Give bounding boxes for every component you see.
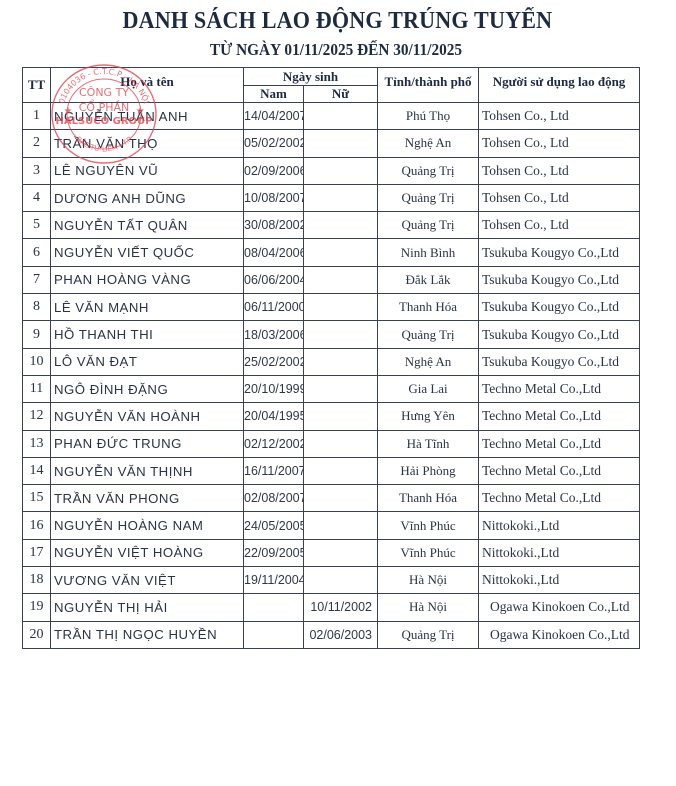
province-cell: Nghệ An [378,130,479,157]
province-cell: Gia Lai [378,375,479,402]
province-cell: Quảng Trị [378,212,479,239]
header-name: Họ và tên [51,68,244,103]
document-date-range: TỪ NGÀY 01/11/2025 ĐẾN 30/11/2025 [32,40,640,60]
province-cell: Đắk Lắk [378,266,479,293]
dob-male-cell: 06/06/2004 [244,266,304,293]
employer-cell: Techno Metal Co.,Ltd [479,457,640,484]
table-row: 5NGUYỄN TẤT QUÂN30/08/2002Quảng TrịTohse… [23,212,640,239]
dob-male-cell: 02/12/2002 [244,430,304,457]
worker-name-cell: LÊ VĂN MẠNH [51,294,244,321]
row-number-cell: 20 [23,621,51,648]
dob-female-cell [304,294,378,321]
dob-female-cell: 02/06/2003 [304,621,378,648]
dob-female-cell [304,403,378,430]
header-dob-male: Nam [244,86,304,103]
province-cell: Hải Phòng [378,457,479,484]
row-number-cell: 10 [23,348,51,375]
table-row: 11NGÔ ĐÌNH ĐẶNG20/10/1999Gia LaiTechno M… [23,375,640,402]
province-cell: Quảng Trị [378,621,479,648]
dob-male-cell: 24/05/2005 [244,512,304,539]
province-cell: Hà Nội [378,567,479,594]
worker-name-cell: HỒ THANH THI [51,321,244,348]
employer-cell: Nittokoki.,Ltd [479,567,640,594]
row-number-cell: 14 [23,457,51,484]
table-row: 20TRẦN THỊ NGỌC HUYỀN02/06/2003Quảng Trị… [23,621,640,648]
dob-female-cell [304,567,378,594]
dob-male-cell [244,594,304,621]
dob-female-cell [304,157,378,184]
row-number-cell: 6 [23,239,51,266]
worker-name-cell: TRẦN THỊ NGỌC HUYỀN [51,621,244,648]
worker-name-cell: TRẦN VĂN PHONG [51,485,244,512]
table-row: 15TRẦN VĂN PHONG02/08/2007Thanh HóaTechn… [23,485,640,512]
employer-cell: Techno Metal Co.,Ltd [479,485,640,512]
worker-name-cell: NGUYỄN VIỆT HOÀNG [51,539,244,566]
employer-cell: Tohsen Co., Ltd [479,103,640,130]
worker-name-cell: NGUYỄN VIẾT QUỐC [51,239,244,266]
dob-female-cell [304,348,378,375]
dob-male-cell: 30/08/2002 [244,212,304,239]
employer-cell: Ogawa Kinokoen Co.,Ltd [479,594,640,621]
dob-female-cell [304,103,378,130]
worker-name-cell: NGÔ ĐÌNH ĐẶNG [51,375,244,402]
header-province-label: Tỉnh/thành phố [384,74,471,89]
province-cell: Quảng Trị [378,157,479,184]
dob-male-cell: 05/02/2002 [244,130,304,157]
dob-male-cell: 14/04/2007 [244,103,304,130]
dob-female-cell [304,212,378,239]
dob-male-cell [244,621,304,648]
dob-male-cell: 19/11/2004 [244,567,304,594]
dob-male-cell: 08/04/2006 [244,239,304,266]
employer-cell: Nittokoki.,Ltd [479,539,640,566]
dob-female-cell [304,321,378,348]
row-number-cell: 5 [23,212,51,239]
row-number-cell: 7 [23,266,51,293]
row-number-cell: 8 [23,294,51,321]
table-row: 9HỒ THANH THI18/03/2006Quảng TrịTsukuba … [23,321,640,348]
row-number-cell: 12 [23,403,51,430]
province-cell: Vĩnh Phúc [378,539,479,566]
worker-name-cell: NGUYỄN HOÀNG NAM [51,512,244,539]
dob-female-cell: 10/11/2002 [304,594,378,621]
province-cell: Ninh Bình [378,239,479,266]
employer-cell: Tsukuba Kougyo Co.,Ltd [479,348,640,375]
worker-name-cell: NGUYỄN TUẤN ANH [51,103,244,130]
dob-male-cell: 16/11/2007 [244,457,304,484]
dob-female-cell [304,512,378,539]
employer-cell: Ogawa Kinokoen Co.,Ltd [479,621,640,648]
row-number-cell: 2 [23,130,51,157]
table-row: 8LÊ VĂN MẠNH06/11/2000Thanh HóaTsukuba K… [23,294,640,321]
row-number-cell: 1 [23,103,51,130]
employer-cell: Tsukuba Kougyo Co.,Ltd [479,294,640,321]
recruited-workers-table: TT Họ và tên Ngày sinh Tỉnh/thành phố Ng… [22,67,640,649]
row-number-cell: 17 [23,539,51,566]
worker-name-cell: NGUYỄN VĂN THỊNH [51,457,244,484]
table-row: 6NGUYỄN VIẾT QUỐC08/04/2006Ninh BìnhTsuk… [23,239,640,266]
table-row: 13PHAN ĐỨC TRUNG02/12/2002Hà TĩnhTechno … [23,430,640,457]
province-cell: Thanh Hóa [378,294,479,321]
worker-name-cell: NGUYỄN THỊ HẢI [51,594,244,621]
row-number-cell: 16 [23,512,51,539]
employer-cell: Tsukuba Kougyo Co.,Ltd [479,321,640,348]
province-cell: Thanh Hóa [378,485,479,512]
dob-female-cell [304,130,378,157]
employer-cell: Techno Metal Co.,Ltd [479,403,640,430]
header-employer-label: Người sử dụng lao động [493,74,626,89]
worker-name-cell: PHAN HOÀNG VÀNG [51,266,244,293]
header-dob-female: Nữ [304,86,378,103]
employer-cell: Tohsen Co., Ltd [479,130,640,157]
province-cell: Quảng Trị [378,184,479,211]
dob-female-cell [304,266,378,293]
table-row: 1NGUYỄN TUẤN ANH14/04/2007Phú ThọTohsen … [23,103,640,130]
worker-name-cell: NGUYỄN TẤT QUÂN [51,212,244,239]
row-number-cell: 15 [23,485,51,512]
employer-cell: Tohsen Co., Ltd [479,212,640,239]
dob-male-cell: 18/03/2006 [244,321,304,348]
document-title: DANH SÁCH LAO ĐỘNG TRÚNG TUYỂN [26,8,648,35]
worker-name-cell: LÊ NGUYÊN VŨ [51,157,244,184]
province-cell: Vĩnh Phúc [378,512,479,539]
dob-male-cell: 10/08/2007 [244,184,304,211]
header-name-label: Họ và tên [120,74,173,89]
header-province: Tỉnh/thành phố [378,68,479,103]
worker-name-cell: VƯƠNG VĂN VIỆT [51,567,244,594]
employer-cell: Techno Metal Co.,Ltd [479,430,640,457]
dob-female-cell [304,375,378,402]
table-row: 3LÊ NGUYÊN VŨ02/09/2006Quảng TrịTohsen C… [23,157,640,184]
header-employer: Người sử dụng lao động [479,68,640,103]
table-row: 10LÔ VĂN ĐẠT25/02/2002Nghệ AnTsukuba Kou… [23,348,640,375]
worker-name-cell: DƯƠNG ANH DŨNG [51,184,244,211]
worker-name-cell: PHAN ĐỨC TRUNG [51,430,244,457]
dob-female-cell [304,539,378,566]
dob-female-cell [304,457,378,484]
row-number-cell: 19 [23,594,51,621]
worker-name-cell: LÔ VĂN ĐẠT [51,348,244,375]
dob-male-cell: 25/02/2002 [244,348,304,375]
dob-male-cell: 02/09/2006 [244,157,304,184]
table-row: 2TRẦN VĂN THỌ05/02/2002Nghệ AnTohsen Co.… [23,130,640,157]
province-cell: Hưng Yên [378,403,479,430]
dob-male-cell: 20/10/1999 [244,375,304,402]
employer-cell: Techno Metal Co.,Ltd [479,375,640,402]
employer-cell: Nittokoki.,Ltd [479,512,640,539]
employer-cell: Tohsen Co., Ltd [479,184,640,211]
dob-female-cell [304,239,378,266]
row-number-cell: 18 [23,567,51,594]
table-row: 12NGUYỄN VĂN HOÀNH20/04/1995Hưng YênTech… [23,403,640,430]
table-row: 4DƯƠNG ANH DŨNG10/08/2007Quảng TrịTohsen… [23,184,640,211]
table-row: 18VƯƠNG VĂN VIỆT19/11/2004Hà NộiNittokok… [23,567,640,594]
employer-cell: Tsukuba Kougyo Co.,Ltd [479,266,640,293]
table-row: 19NGUYỄN THỊ HẢI10/11/2002Hà NộiOgawa Ki… [23,594,640,621]
employer-cell: Tsukuba Kougyo Co.,Ltd [479,239,640,266]
table-header-row: TT Họ và tên Ngày sinh Tỉnh/thành phố Ng… [23,68,640,86]
worker-name-cell: NGUYỄN VĂN HOÀNH [51,403,244,430]
province-cell: Phú Thọ [378,103,479,130]
row-number-cell: 13 [23,430,51,457]
province-cell: Quảng Trị [378,321,479,348]
dob-male-cell: 22/09/2005 [244,539,304,566]
dob-female-cell [304,430,378,457]
row-number-cell: 3 [23,157,51,184]
row-number-cell: 11 [23,375,51,402]
table-row: 16NGUYỄN HOÀNG NAM24/05/2005Vĩnh PhúcNit… [23,512,640,539]
table-row: 14NGUYỄN VĂN THỊNH16/11/2007Hải PhòngTec… [23,457,640,484]
header-tt: TT [23,68,51,103]
row-number-cell: 4 [23,184,51,211]
table-row: 7PHAN HOÀNG VÀNG06/06/2004Đắk LắkTsukuba… [23,266,640,293]
dob-female-cell [304,184,378,211]
province-cell: Hà Nội [378,594,479,621]
province-cell: Nghệ An [378,348,479,375]
worker-name-cell: TRẦN VĂN THỌ [51,130,244,157]
table-body: 1NGUYỄN TUẤN ANH14/04/2007Phú ThọTohsen … [23,103,640,649]
employer-cell: Tohsen Co., Ltd [479,157,640,184]
row-number-cell: 9 [23,321,51,348]
header-dob: Ngày sinh [244,68,378,86]
dob-female-cell [304,485,378,512]
province-cell: Hà Tĩnh [378,430,479,457]
table-row: 17NGUYỄN VIỆT HOÀNG22/09/2005Vĩnh PhúcNi… [23,539,640,566]
dob-male-cell: 02/08/2007 [244,485,304,512]
dob-male-cell: 20/04/1995 [244,403,304,430]
dob-male-cell: 06/11/2000 [244,294,304,321]
